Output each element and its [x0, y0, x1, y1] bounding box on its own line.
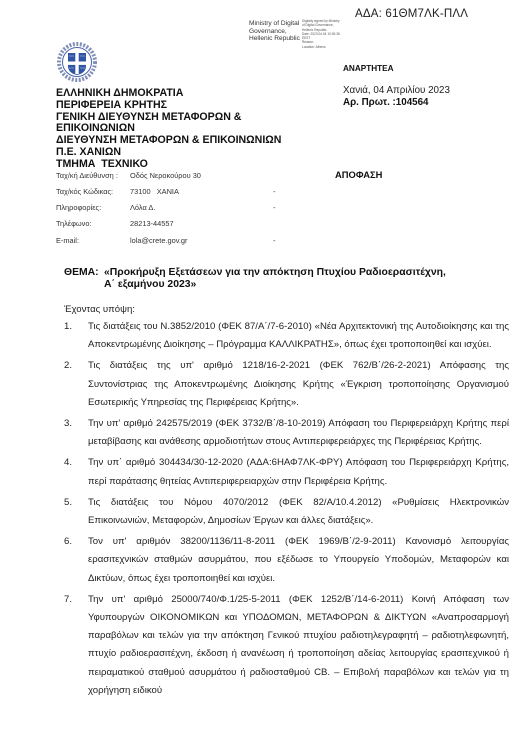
contact-value: Λόλα Δ.	[130, 203, 155, 212]
subject-line: Α΄ εξαμήνου 2023»	[104, 279, 446, 291]
contact-label: E-mail:	[56, 236, 79, 245]
item-number: 5.	[64, 494, 88, 530]
item-number: 4.	[64, 454, 88, 490]
list-item: 2. Τις διατάξεις της υπ' αριθμό 1218/16-…	[64, 357, 509, 412]
subject-label: ΘΕΜΑ:	[64, 267, 104, 290]
item-text: Την υπ' αριθμό 25000/740/Φ.1/25-5-2011 (…	[88, 591, 509, 700]
signature-detail-line: Location: Athens	[302, 45, 362, 49]
item-text: Την υπ' αριθμό 242575/2019 (ΦΕΚ 3732/Β΄/…	[88, 415, 509, 451]
issuing-organization: ΕΛΛΗΝΙΚΗ ΔΗΜΟΚΡΑΤΙΑ ΠΕΡΙΦΕΡΕΙΑ ΚΡΗΤΗΣ ΓΕ…	[56, 88, 281, 171]
subject-line: «Προκήρυξη Εξετάσεων για την απόκτηση Πτ…	[104, 267, 446, 279]
contact-label: Πληροφορίες:	[56, 203, 101, 212]
contact-label: Ταχ/κή Διεύθυνση :	[56, 171, 118, 180]
item-number: 2.	[64, 357, 88, 412]
ada-code: ΑΔΑ: 61ΘΜ7ΛΚ-ΠΛΛ	[355, 8, 468, 20]
item-number: 3.	[64, 415, 88, 451]
subject-text: «Προκήρυξη Εξετάσεων για την απόκτηση Πτ…	[104, 267, 446, 290]
posting-label: ΑΝΑΡΤΗΤΕΑ	[343, 64, 394, 73]
contact-dash: -	[273, 236, 275, 245]
org-line: ΤΜΗΜΑ ΤΕΧΝΙΚΟ	[56, 159, 281, 171]
signature-line: Ministry of Digital	[249, 20, 300, 28]
item-text: Τις διατάξεις της υπ' αριθμό 1218/16-2-2…	[88, 357, 509, 412]
list-item: 6. Τον υπ' αριθμόν 38200/1136/11-8-2011 …	[64, 533, 509, 588]
item-text: Τις διατάξεις του Νόμου 4070/2012 (ΦΕΚ 8…	[88, 494, 509, 530]
document-date: Χανιά, 04 Απριλίου 2023	[343, 85, 450, 96]
contact-label: Ταχ/κός Κώδικας:	[56, 187, 113, 196]
org-line: ΠΕΡΙΦΕΡΕΙΑ ΚΡΗΤΗΣ	[56, 100, 281, 112]
subject-block: ΘΕΜΑ: «Προκήρυξη Εξετάσεων για την απόκτ…	[64, 267, 446, 290]
decision-heading: ΑΠΟΦΑΣΗ	[335, 169, 382, 180]
digital-signature-details: Digitally signed by Ministry of Digital …	[302, 19, 362, 49]
list-item: 3. Την υπ' αριθμό 242575/2019 (ΦΕΚ 3732/…	[64, 415, 509, 451]
greek-coat-of-arms-icon	[57, 42, 97, 82]
legal-basis-list: 1. Τις διατάξεις του Ν.3852/2010 (ΦΕΚ 87…	[64, 318, 509, 703]
list-item: 5. Τις διατάξεις του Νόμου 4070/2012 (ΦΕ…	[64, 494, 509, 530]
item-text: Τον υπ' αριθμόν 38200/1136/11-8-2011 (ΦΕ…	[88, 533, 509, 588]
list-item: 4. Την υπ΄ αριθμό 304434/30-12-2020 (ΑΔΑ…	[64, 454, 509, 490]
digital-signature-organization: Ministry of Digital Governance, Hellenic…	[249, 20, 300, 43]
item-number: 7.	[64, 591, 88, 700]
signature-line: Governance,	[249, 28, 300, 36]
list-item: 1. Τις διατάξεις του Ν.3852/2010 (ΦΕΚ 87…	[64, 318, 509, 354]
item-number: 1.	[64, 318, 88, 354]
contact-label: Τηλέφωνο:	[56, 219, 92, 228]
org-line: Π.Ε. ΧΑΝΙΩΝ	[56, 147, 281, 159]
signature-line: Hellenic Republic	[249, 35, 300, 43]
protocol-number: Αρ. Πρωτ. :104564	[343, 97, 429, 108]
item-text: Τις διατάξεις του Ν.3852/2010 (ΦΕΚ 87/Α΄…	[88, 318, 509, 354]
item-number: 6.	[64, 533, 88, 588]
considering-label: Έχοντας υπόψη:	[64, 304, 135, 315]
list-item: 7. Την υπ' αριθμό 25000/740/Φ.1/25-5-201…	[64, 591, 509, 700]
contact-value: Οδός Νεροκούρου 30	[130, 171, 201, 180]
contact-value: 73100 ΧΑΝΙΑ	[130, 187, 179, 196]
contact-value: 28213-44557	[130, 219, 174, 228]
contact-dash: -	[273, 203, 275, 212]
item-text: Την υπ΄ αριθμό 304434/30-12-2020 (ΑΔΑ:6Η…	[88, 454, 509, 490]
contact-dash: -	[273, 187, 275, 196]
email-link[interactable]: lola@crete.gov.gr	[130, 236, 187, 245]
